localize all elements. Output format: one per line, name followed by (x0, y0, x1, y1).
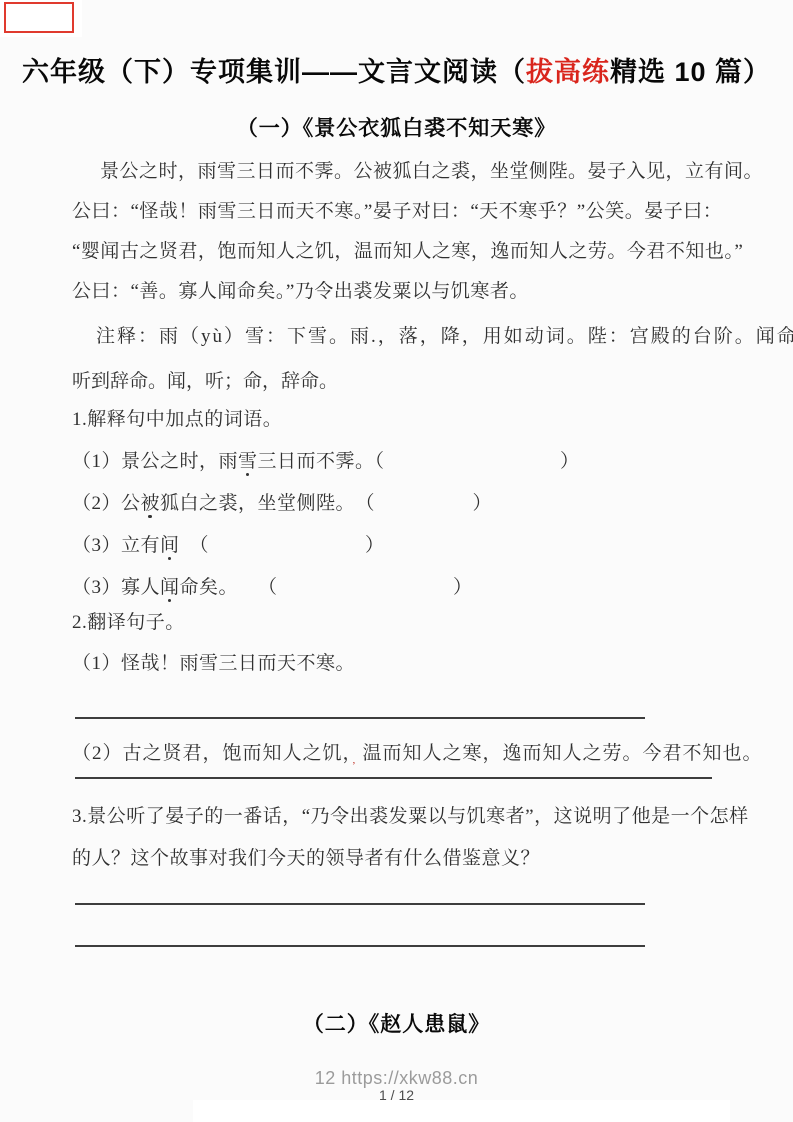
dotted-char: 被 (141, 493, 161, 514)
red-artifact-mark: ’ (352, 760, 356, 772)
item-text: （3）寡人 (72, 577, 160, 598)
corner-red-stamp-box (4, 2, 74, 33)
question-item-1: （1）景公之时，雨雪三日而不霁。（ ） (72, 441, 752, 483)
passage-line: “婴闻古之贤君，饱而知人之饥，温而知人之寒，逸而知人之劳。今君不知也。” (72, 232, 732, 272)
question-item-3: （3）立有间 （ ） (72, 525, 752, 567)
question-one-label: 1.解释句中加点的词语。 (72, 399, 752, 441)
dotted-char: 闻 (160, 577, 180, 598)
item-text: 命矣。 （ ） (180, 577, 473, 598)
item-text: 狐白之裘，坐堂侧陛。 （ ） (160, 493, 492, 514)
answer-line (75, 717, 645, 719)
page-title-highlight: 拔高练 (526, 57, 610, 87)
question-three-block: 3.景公听了晏子的一番话，“乃令出裘发粟以与饥寒者”，这说明了他是一个怎样 的人… (72, 796, 772, 880)
item-text: （1）景公之时，雨 (72, 451, 238, 472)
section-one-heading: （一）《景公衣狐白裘不知天寒》 (0, 112, 793, 142)
item-text: （2）公 (72, 493, 141, 514)
passage-block: 景公之时，雨雪三日而不霁。公被狐白之裘，坐堂侧陛。晏子入见，立有间。 公曰：“怪… (72, 152, 732, 312)
question-three-line-2: 的人？这个故事对我们今天的领导者有什么借鉴意义？ (72, 838, 772, 880)
page-title-pre: 六年级（下）专项集训——文言文阅读（ (22, 57, 526, 87)
answer-line (75, 903, 645, 905)
section-two-heading: （二）《赵人患鼠》 (0, 1008, 793, 1038)
answer-line (75, 945, 645, 947)
page-title: 六年级（下）专项集训——文言文阅读（拔高练精选 10 篇） (0, 50, 793, 89)
passage-line: 公曰：“善。寡人闻命矣。”乃令出裘发粟以与饥寒者。 (72, 272, 732, 312)
question-item-2: （2）公被狐白之裘，坐堂侧陛。 （ ） (72, 483, 752, 525)
notes-block: 注释：雨（yù）雪：下雪。雨.，落，降，用如动词。陛：宫殿的台阶。闻命： 听到辞… (72, 314, 732, 404)
footer-site-url: 12 https://xkw88.cn (0, 1068, 793, 1089)
notes-line: 注释：雨（yù）雪：下雪。雨.，落，降，用如动词。陛：宫殿的台阶。闻命： (72, 314, 732, 359)
passage-line: 公曰：“怪哉！雨雪三日而天不寒。”晏子对曰：“天不寒乎？”公笑。晏子曰： (72, 192, 732, 232)
dotted-char: 间 (160, 535, 180, 556)
item-text: 三日而不霁。（ ） (258, 451, 580, 472)
question-item-4: （3）寡人闻命矣。 （ ） (72, 567, 752, 609)
worksheet-page: 六年级（下）专项集训——文言文阅读（拔高练精选 10 篇） （一）《景公衣狐白裘… (0, 0, 793, 1122)
item-text: （3）立有 (72, 535, 160, 556)
question-two-item-2: （2）古之贤君，饱而知人之饥，温而知人之寒，逸而知人之劳。今君不知也。 (72, 738, 763, 765)
question-one-block: 1.解释句中加点的词语。 （1）景公之时，雨雪三日而不霁。（ ） （2）公被狐白… (72, 399, 752, 609)
dotted-char: 雪 (238, 451, 258, 472)
item-text: （ ） (180, 535, 385, 556)
question-two-label: 2.翻译句子。 (72, 607, 185, 634)
question-three-line-1: 3.景公听了晏子的一番话，“乃令出裘发粟以与饥寒者”，这说明了他是一个怎样 (72, 796, 772, 838)
answer-line (75, 777, 712, 779)
bottom-white-bar (193, 1100, 730, 1122)
passage-line: 景公之时，雨雪三日而不霁。公被狐白之裘，坐堂侧陛。晏子入见，立有间。 (72, 152, 732, 192)
notes-line: 听到辞命。闻，听；命，辞命。 (72, 359, 732, 404)
question-two-item-1: （1）怪哉！雨雪三日而天不寒。 (72, 648, 355, 675)
page-title-post: 精选 10 篇） (610, 57, 771, 87)
